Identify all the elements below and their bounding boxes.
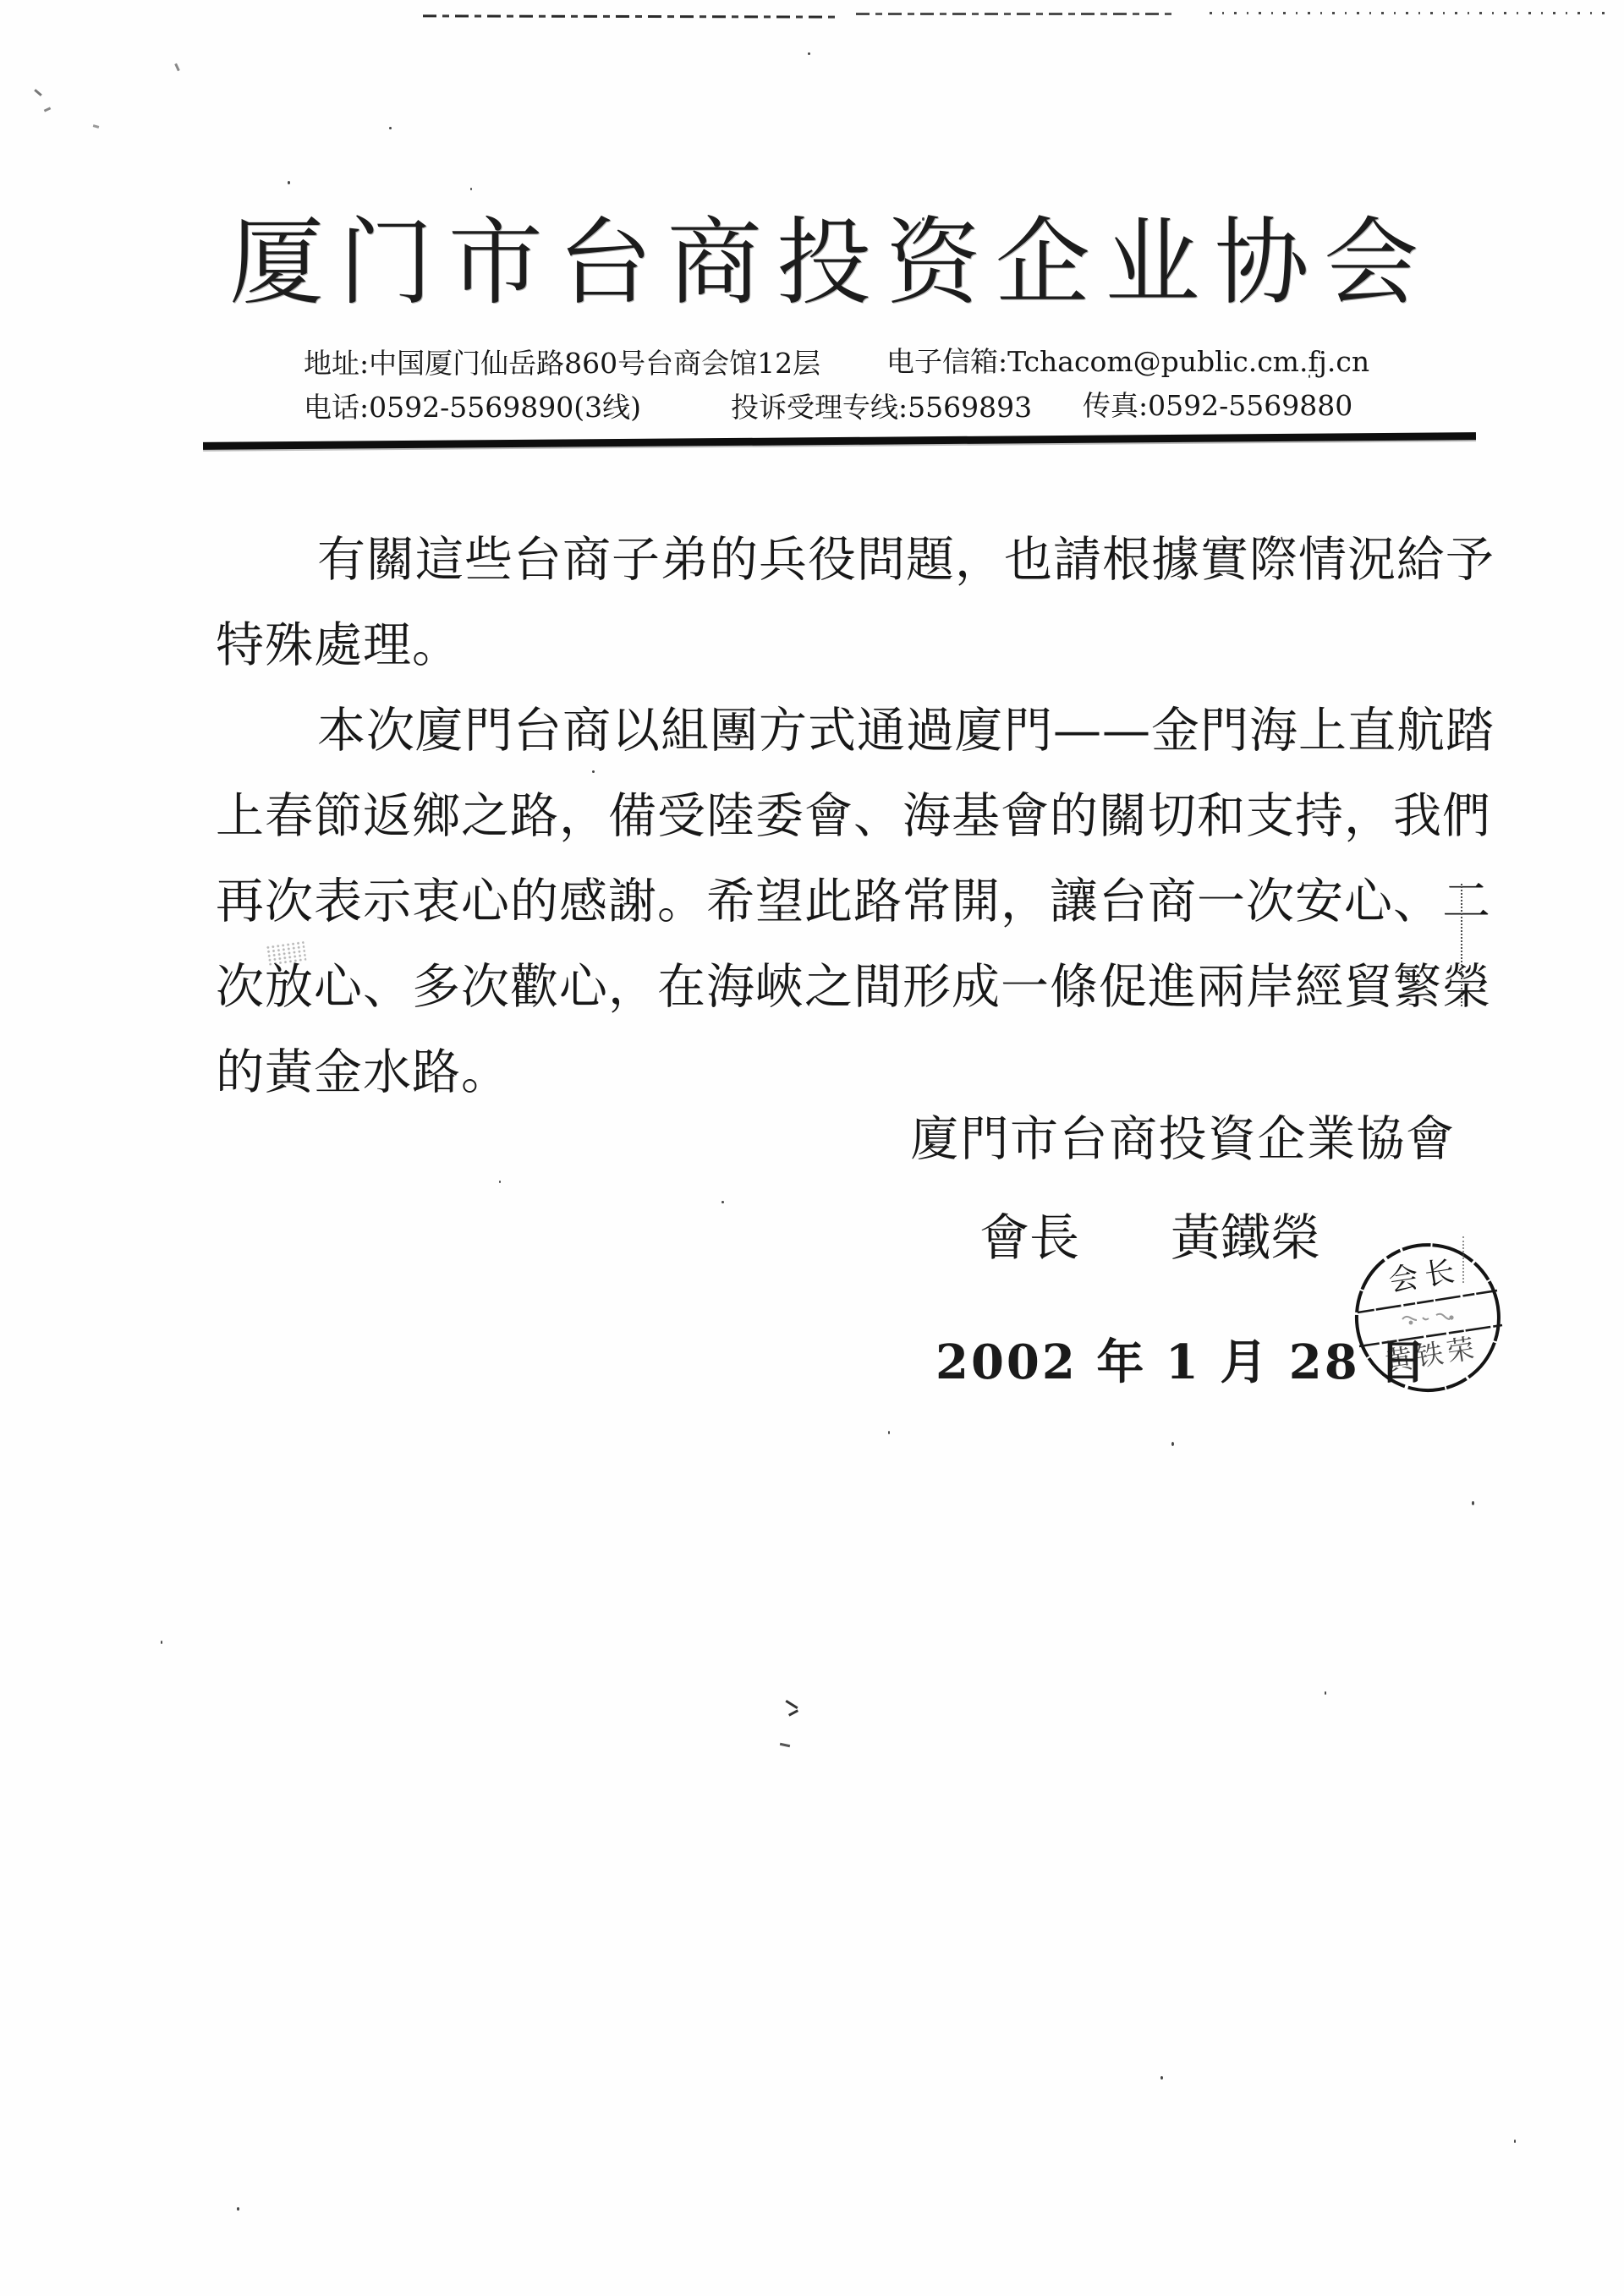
seal-top-text: 会长 [1386,1254,1463,1299]
scan-noise-mark [785,1700,798,1709]
signature-president-line: 會長黃鐵榮 [979,1209,1320,1267]
scan-noise-speck [1309,375,1310,378]
scanned-letter-page: 厦门市台商投资企业协会 地址:中国厦门仙岳路860号台商会馆12层 电子信箱:T… [0,0,1624,2296]
scan-noise-speck [721,1201,724,1203]
scan-noise-speck [1472,1501,1474,1505]
scan-noise-mark [93,124,100,129]
scan-noise-speck [592,770,595,773]
letterhead-email: 电子信箱:Tchacom@public.cm.fj.cn [886,345,1369,379]
seal-band-line-top [1358,1290,1497,1312]
seal-illegible-scribble [1402,1314,1453,1324]
scan-noise-top-line [1210,12,1607,14]
scan-noise-speck [888,1431,890,1434]
scan-noise-dotted-line [1461,884,1462,1006]
letterhead-address: 地址:中国厦门仙岳路860号台商会馆12层 [304,347,820,381]
letter-body: 有關這些台商子弟的兵役問題，也請根據實際情況給予 特殊處理。 本次廈門台商以組團… [216,518,1486,1115]
scan-noise-speck [389,127,392,129]
body-line: 的黃金水路。 [216,1030,1486,1115]
letterhead-divider-rule [203,432,1476,450]
scan-noise-speck [1514,2140,1516,2143]
letterhead-org-name: 厦门市台商投资企业协会 [229,213,1418,313]
letterhead-hotline: 投诉受理专线:5569893 [731,391,1032,425]
letterhead-fax: 传真:0592-5569880 [1083,389,1352,423]
seal-bottom-text: 黄铁荣 [1383,1332,1481,1378]
body-line: 次放心、多次歡心，在海峽之間形成一條促進兩岸經貿繁榮 [216,945,1486,1030]
scan-noise-speck [1171,1442,1174,1446]
scan-noise-top-line [423,14,837,18]
scan-noise-mark [780,1743,790,1747]
scan-noise-top-line [856,13,1177,15]
signature-title: 會長 [979,1208,1079,1267]
letterhead-phone: 电话:0592-5569890(3线) [304,391,641,425]
body-line: 本次廈門台商以組團方式通過廈門——金門海上直航踏 [216,688,1486,774]
scan-noise-mark [34,89,42,96]
signature-name: 黃鐵榮 [1171,1208,1320,1267]
scan-noise-speck [237,2207,239,2211]
scan-noise-speck [161,1641,162,1644]
signature-org: 廈門市台商投資企業協會 [911,1113,1454,1165]
scan-noise-speck [470,188,472,190]
scan-noise-mark [174,63,180,71]
scan-noise-speck [288,181,290,184]
body-line: 再次表示衷心的感謝。希望此路常開，讓台商一次安心、二 [216,859,1486,945]
scan-noise-speck [922,217,924,221]
scan-noise-speck [808,52,810,55]
scan-noise-speck [1325,1691,1326,1695]
body-line: 上春節返鄉之路，備受陸委會、海基會的關切和支持，我們 [216,774,1486,859]
scan-noise-speck [499,1181,501,1183]
scan-noise-speck [1160,2076,1163,2080]
president-seal: 会长 黄铁荣 [1350,1240,1507,1397]
scan-noise-mark [44,107,52,112]
scan-noise-mark [788,1709,798,1716]
body-line: 有關這些台商子弟的兵役問題，也請根據實際情況給予 [216,518,1486,603]
scan-noise-dotted-line [1462,1236,1464,1283]
body-line: 特殊處理。 [216,603,1486,688]
